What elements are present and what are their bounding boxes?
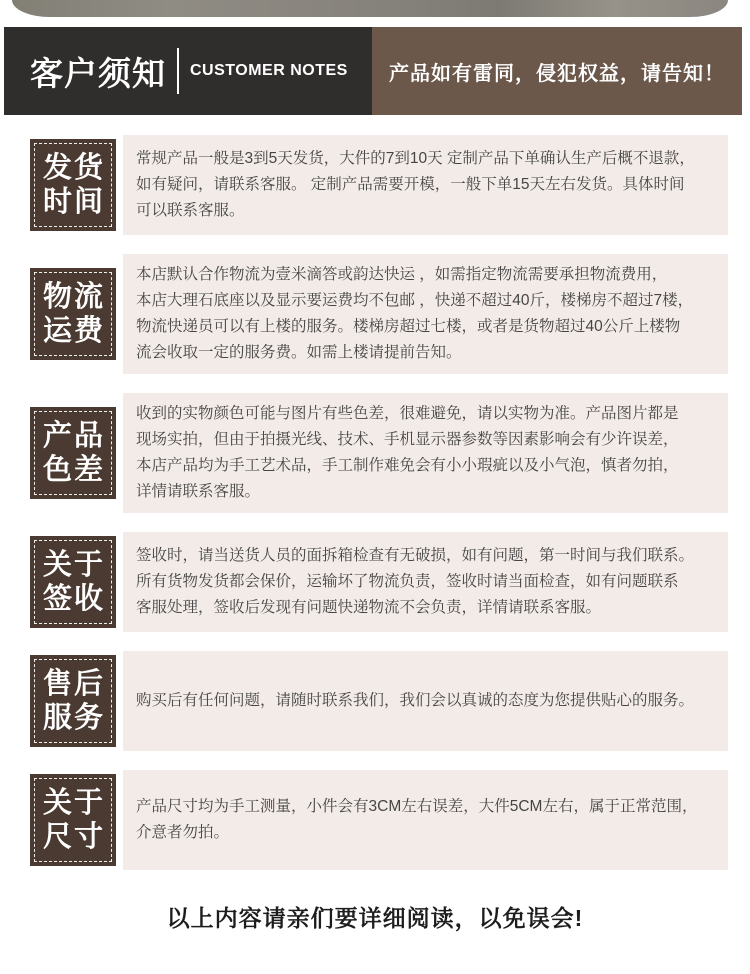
- infringement-notice-text: 产品如有雷同，侵犯权益，请告知！: [389, 57, 725, 86]
- section-body-shipping-time: 常规产品一般是3到5天发货，大件的7到10天 定制产品下单确认生产后概不退款， …: [123, 135, 728, 235]
- section-label-shipping-time: 发货 时间: [30, 139, 116, 231]
- section-label-logistics-freight: 物流 运费: [30, 268, 116, 360]
- section-body-about-receipt: 签收时，请当送货人员的面拆箱检查有无破损，如有问题，第一时间与我们联系。 所有货…: [123, 532, 728, 632]
- page-title-en: CUSTOMER NOTES: [190, 62, 348, 80]
- section-color-difference: 产品 色差 收到的实物颜色可能与图片有些色差，很难避免，请以实物为准。产品图片都…: [30, 393, 728, 513]
- header-notice-block: 产品如有雷同，侵犯权益，请告知！: [372, 27, 742, 115]
- section-label-about-size: 关于 尺寸: [30, 774, 116, 866]
- section-body-after-sales: 购买后有任何问题，请随时联系我们，我们会以真诚的态度为您提供贴心的服务。: [123, 651, 728, 751]
- title-divider: [177, 48, 179, 94]
- footer-note: 以上内容请亲们要详细阅读，以免误会!: [0, 900, 750, 933]
- product-photo-strip: [12, 0, 728, 17]
- section-body-about-size: 产品尺寸均为手工测量，小件会有3CM左右误差，大件5CM左右，属于正常范围， 介…: [123, 770, 728, 870]
- section-body-color-difference: 收到的实物颜色可能与图片有些色差，很难避免，请以实物为准。产品图片都是 现场实拍…: [123, 393, 728, 513]
- customer-notes-header: 客户须知 CUSTOMER NOTES 产品如有雷同，侵犯权益，请告知！: [4, 27, 742, 115]
- section-label-about-receipt: 关于 签收: [30, 536, 116, 628]
- notice-sections: 发货 时间 常规产品一般是3到5天发货，大件的7到10天 定制产品下单确认生产后…: [30, 135, 728, 870]
- section-logistics-freight: 物流 运费 本店默认合作物流为壹米滴答或韵达快运 ，如需指定物流需要承担物流费用…: [30, 254, 728, 374]
- section-shipping-time: 发货 时间 常规产品一般是3到5天发货，大件的7到10天 定制产品下单确认生产后…: [30, 135, 728, 235]
- section-about-receipt: 关于 签收 签收时，请当送货人员的面拆箱检查有无破损，如有问题，第一时间与我们联…: [30, 532, 728, 632]
- header-title-block: 客户须知 CUSTOMER NOTES: [4, 27, 372, 115]
- page-title: 客户须知: [30, 48, 166, 95]
- section-body-logistics-freight: 本店默认合作物流为壹米滴答或韵达快运 ，如需指定物流需要承担物流费用， 本店大理…: [123, 254, 728, 374]
- section-label-color-difference: 产品 色差: [30, 407, 116, 499]
- section-label-after-sales: 售后 服务: [30, 655, 116, 747]
- section-about-size: 关于 尺寸 产品尺寸均为手工测量，小件会有3CM左右误差，大件5CM左右，属于正…: [30, 770, 728, 870]
- section-after-sales: 售后 服务 购买后有任何问题，请随时联系我们，我们会以真诚的态度为您提供贴心的服…: [30, 651, 728, 751]
